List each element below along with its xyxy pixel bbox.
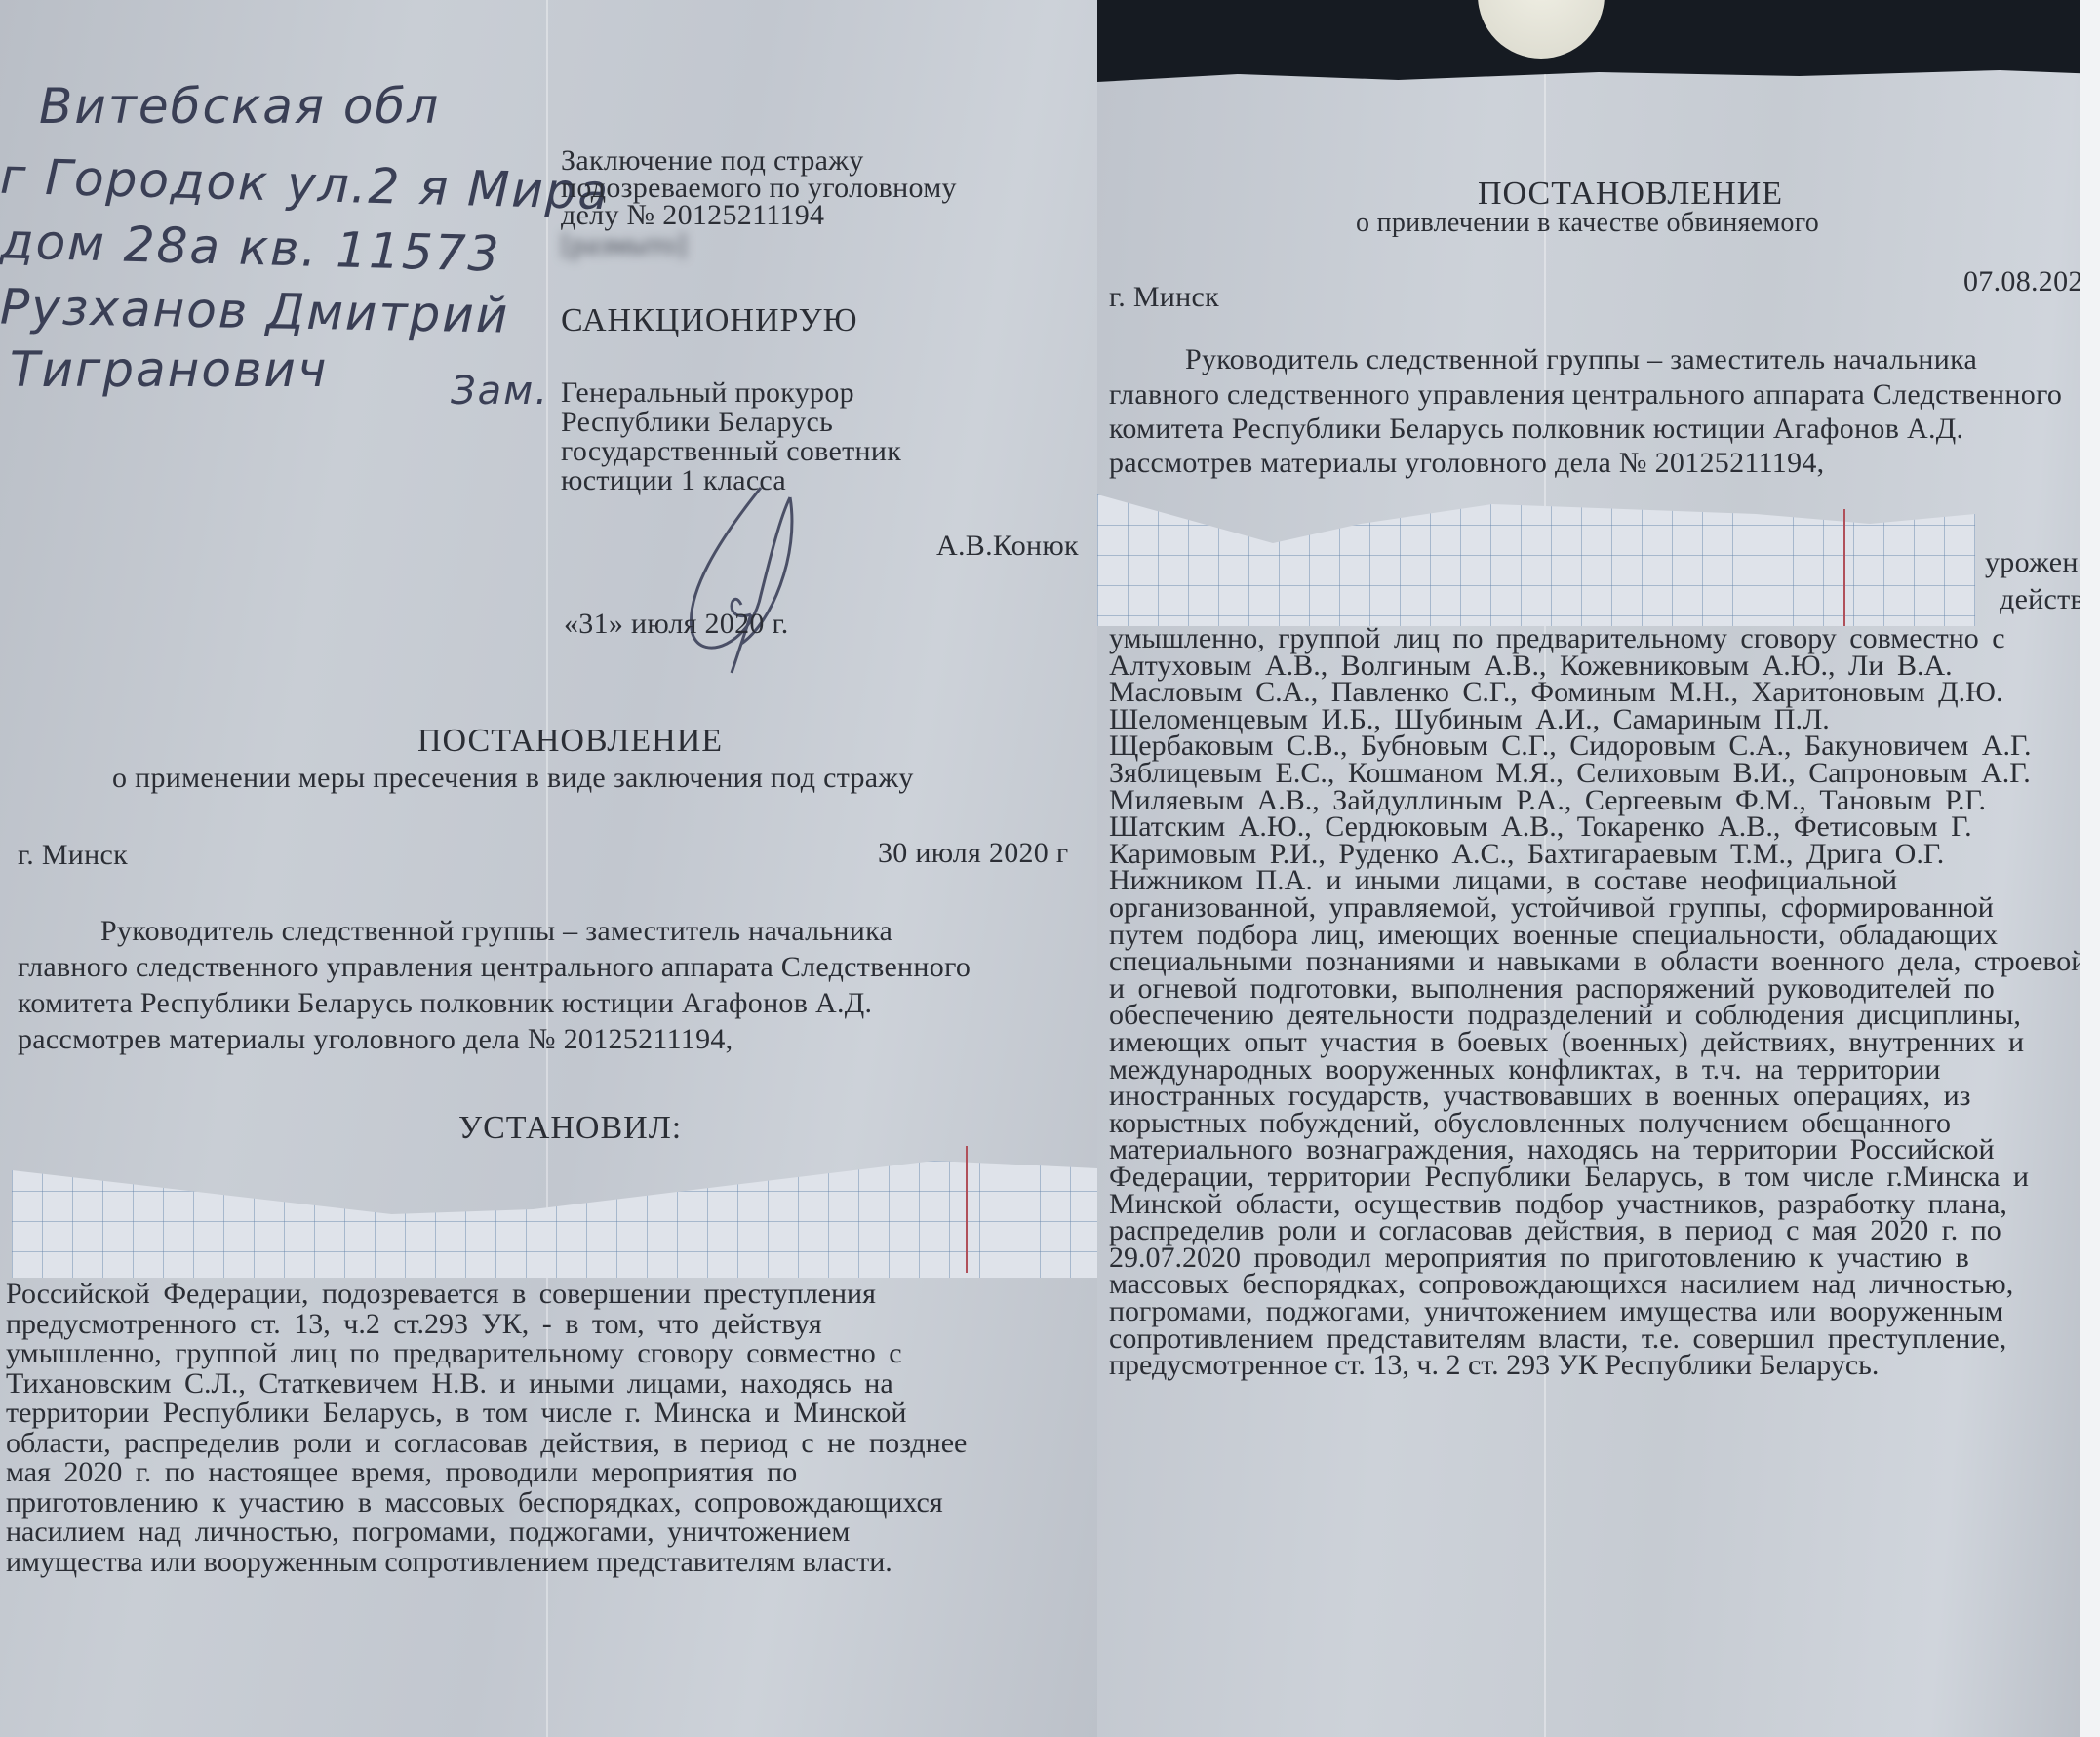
handwritten-line: Витебская обл <box>39 78 440 135</box>
intro-line: рассмотрев материалы уголовного дела № 2… <box>1109 449 1824 478</box>
left-document-photo: Витебская обл г Городок ул.2 я Мира дом … <box>0 0 1097 1737</box>
handwritten-line: г Городок ул.2 я Мира <box>0 148 611 220</box>
body-line: предусмотренное ст. 13, ч. 2 ст. 293 УК … <box>1109 1349 2100 1382</box>
intro-line: комитета Республики Беларусь полковник ю… <box>1109 415 1963 444</box>
city: г. Минск <box>18 841 128 870</box>
intro-line: главного следственного управления центра… <box>18 953 971 982</box>
body-line: Тихановским С.Л., Статкевичем Н.В. и ины… <box>6 1367 1097 1401</box>
handwritten-line: Тигранович <box>10 341 328 398</box>
intro-line: Руководитель следственной группы – замес… <box>1185 345 1977 375</box>
handwritten-line: дом 28а кв. 11573 <box>0 213 501 282</box>
body-line: насилием над личностью, погромами, поджо… <box>6 1516 1097 1549</box>
redacted-name: [размыто] <box>561 230 687 259</box>
notebook-margin-line <box>1843 509 1845 626</box>
established-heading: УСТАНОВИЛ: <box>458 1112 682 1145</box>
sanction-date: «31» июля 2020 г. <box>564 610 789 639</box>
document-date: 30 июля 2020 г <box>878 839 1069 868</box>
right-document-photo: ПОСТАНОВЛЕНИЕ о привлечении в качестве о… <box>1097 0 2100 1737</box>
body-line: Российской Федерации, подозревается в со… <box>6 1278 1097 1311</box>
body-line: имущества или вооруженным сопротивлением… <box>6 1546 1097 1579</box>
intro-paragraph: Руководитель следственной группы – замес… <box>18 917 1097 1063</box>
intro-line: рассмотрев материалы уголовного дела № 2… <box>18 1025 733 1054</box>
prosecutor-line: государственный советник <box>561 437 901 466</box>
prosecutor-name: А.В.Конюк <box>936 532 1079 561</box>
handwritten-prefix: Зам. <box>451 369 549 414</box>
city: г. Минск <box>1109 283 1219 312</box>
intro-line: комитета Республики Беларусь полковник ю… <box>18 989 872 1018</box>
signature-icon <box>644 478 839 683</box>
document-date: 07.08.2020 <box>1963 267 2098 296</box>
header-line: делу № 20125211194 <box>561 201 824 230</box>
intro-line: главного следственного управления центра… <box>1109 380 2062 410</box>
image-border <box>2080 0 2100 1737</box>
body-line: предусмотренного ст. 13, ч.2 ст.293 УК, … <box>6 1308 1097 1341</box>
document-title: ПОСТАНОВЛЕНИЕ <box>1478 178 1783 211</box>
notebook-margin-line <box>966 1146 968 1273</box>
notebook-paper-cover <box>12 1161 1097 1278</box>
sanction-word: САНКЦИОНИРУЮ <box>561 304 858 337</box>
body-line: территории Республики Беларусь, в том чи… <box>6 1397 1097 1430</box>
handwritten-line: Рузханов Дмитрий <box>0 278 510 343</box>
document-title: ПОСТАНОВЛЕНИЕ <box>417 725 723 758</box>
intro-line: Руководитель следственной группы – замес… <box>100 917 892 946</box>
document-paper: ПОСТАНОВЛЕНИЕ о привлечении в качестве о… <box>1097 70 2100 1737</box>
document-subtitle: о применении меры пресечения в виде закл… <box>112 764 914 793</box>
body-line: мая 2020 г. по настоящее время, проводил… <box>6 1456 1097 1489</box>
body-line: умышленно, группой лиц по предварительно… <box>6 1337 1097 1370</box>
prosecutor-line: Республики Беларусь <box>561 408 833 437</box>
round-object <box>1478 0 1605 59</box>
body-line: приготовлению к участию в массовых беспо… <box>6 1486 1097 1520</box>
body-line: области, распределив роли и согласовав д… <box>6 1427 1097 1460</box>
document-subtitle: о привлечении в качестве обвиняемого <box>1356 210 1819 237</box>
prosecutor-line: Генеральный прокурор <box>561 378 854 408</box>
